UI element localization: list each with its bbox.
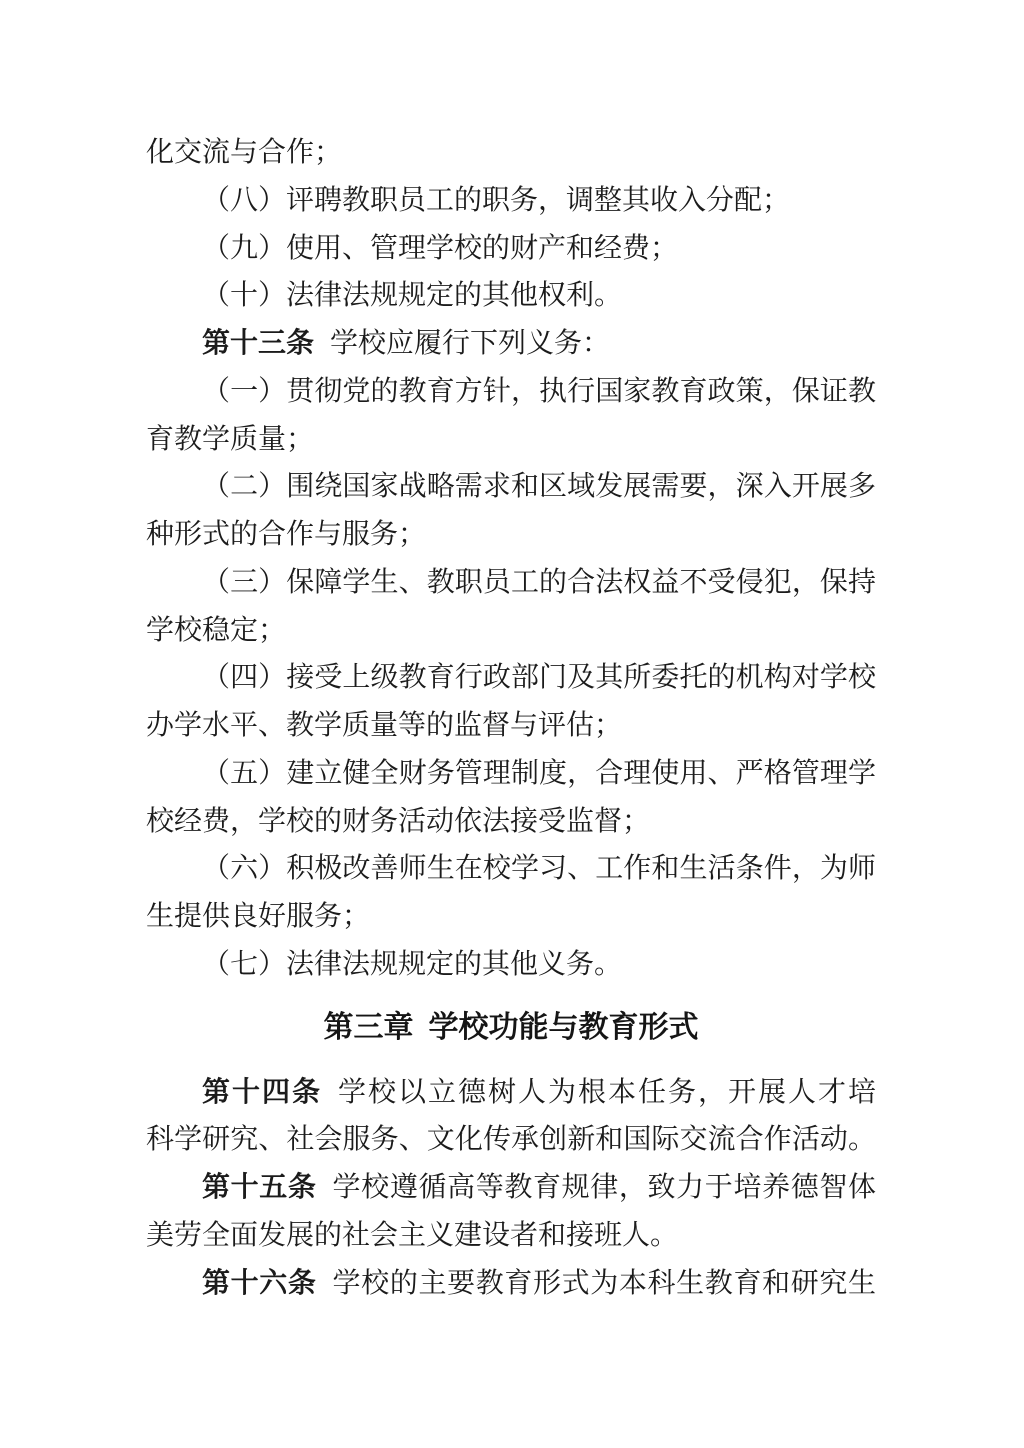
article-15-number: 第十五条	[202, 1172, 317, 1203]
duty-item-3-line-2: 学校稳定；	[146, 607, 876, 655]
article-15-text: 学校遵循高等教育规律，致力于培养德智体	[333, 1172, 876, 1203]
article-13-line: 第十三条学校应履行下列义务：	[146, 320, 876, 368]
duty-item-4-line-2: 办学水平、教学质量等的监督与评估；	[146, 702, 876, 750]
article-16-text: 学校的主要教育形式为本科生教育和研究生	[333, 1268, 876, 1299]
rights-item-8: （八）评聘教职员工的职务，调整其收入分配；	[146, 177, 876, 225]
duty-item-2-line-1: （二）围绕国家战略需求和区域发展需要，深入开展多	[146, 463, 876, 511]
duty-item-1-line-1: （一）贯彻党的教育方针，执行国家教育政策，保证教	[146, 368, 876, 416]
chapter-3-title: 学校功能与教育形式	[429, 1011, 699, 1044]
document-page: 化交流与合作； （八）评聘教职员工的职务，调整其收入分配； （九）使用、管理学校…	[0, 0, 1024, 1448]
article-15-line-2: 美劳全面发展的社会主义建设者和接班人。	[146, 1212, 876, 1260]
duty-item-1-line-2: 育教学质量；	[146, 416, 876, 464]
duty-item-2-line-2: 种形式的合作与服务；	[146, 511, 876, 559]
article-14-line-2: 科学研究、社会服务、文化传承创新和国际交流合作活动。	[146, 1116, 876, 1164]
article-14-number: 第十四条	[202, 1077, 322, 1108]
duty-item-5-line-2: 校经费，学校的财务活动依法接受监督；	[146, 798, 876, 846]
duty-item-4-line-1: （四）接受上级教育行政部门及其所委托的机构对学校	[146, 654, 876, 702]
duty-item-6-line-2: 生提供良好服务；	[146, 893, 876, 941]
rights-item-9: （九）使用、管理学校的财产和经费；	[146, 225, 876, 273]
chapter-3-heading: 第三章学校功能与教育形式	[146, 1004, 876, 1052]
rights-item-10: （十）法律法规规定的其他权利。	[146, 272, 876, 320]
duty-item-5-line-1: （五）建立健全财务管理制度，合理使用、严格管理学	[146, 750, 876, 798]
duty-item-3-line-1: （三）保障学生、教职员工的合法权益不受侵犯，保持	[146, 559, 876, 607]
continuation-line: 化交流与合作；	[146, 129, 876, 177]
article-16-number: 第十六条	[202, 1268, 317, 1299]
article-13-text: 学校应履行下列义务：	[330, 328, 610, 359]
article-16-line-1: 第十六条学校的主要教育形式为本科生教育和研究生	[146, 1260, 876, 1308]
duty-item-7: （七）法律法规规定的其他义务。	[146, 941, 876, 989]
article-14-line-1: 第十四条学校以立德树人为根本任务，开展人才培养、	[146, 1069, 876, 1117]
chapter-3-number: 第三章	[324, 1011, 414, 1044]
duty-item-6-line-1: （六）积极改善师生在校学习、工作和生活条件，为师	[146, 845, 876, 893]
article-15-line-1: 第十五条学校遵循高等教育规律，致力于培养德智体	[146, 1164, 876, 1212]
article-13-number: 第十三条	[202, 328, 314, 359]
